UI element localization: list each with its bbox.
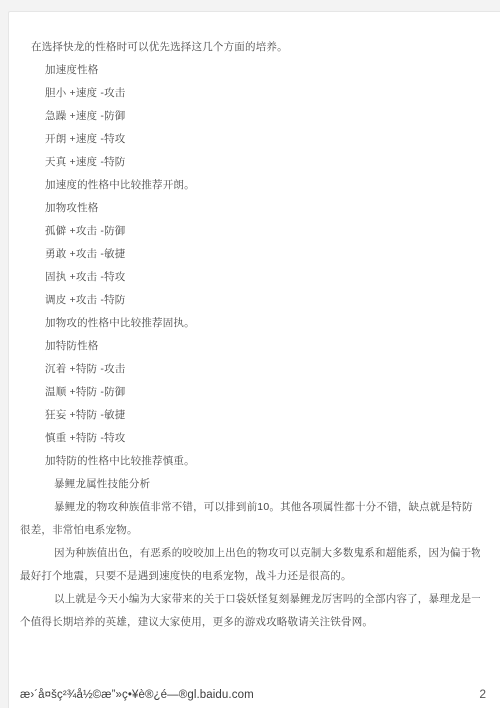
text-line: 暴鲤龙属性技能分析 — [20, 473, 480, 496]
text-line: 加物攻的性格中比较推荐固执。 — [20, 312, 480, 335]
document-page: 在选择快龙的性格时可以优先选择这几个方面的培养。加速度性格胆小 +速度 -攻击急… — [8, 11, 500, 708]
text-line: 加特防性格 — [20, 335, 480, 358]
text-line: 加物攻性格 — [20, 197, 480, 220]
text-line: 勇敢 +攻击 -敏捷 — [20, 243, 480, 266]
document-body: 在选择快龙的性格时可以优先选择这几个方面的培养。加速度性格胆小 +速度 -攻击急… — [20, 36, 480, 634]
text-line: 急躁 +速度 -防御 — [20, 105, 480, 128]
text-line: 因为种族值出色，有恶系的咬咬加上出色的物攻可以克制大多数鬼系和超能系，因为偏于物… — [20, 542, 480, 565]
text-line: 加速度的性格中比较推荐开朗。 — [20, 174, 480, 197]
text-line: 天真 +速度 -特防 — [20, 151, 480, 174]
text-line: 固执 +攻击 -特攻 — [20, 266, 480, 289]
footer-watermark: æ›´å¤šç²¾å½©æ”»ç•¥è®¿é—®gl.baidu.com — [20, 689, 254, 701]
text-line: 加特防的性格中比较推荐慎重。 — [20, 450, 480, 473]
text-line: 开朗 +速度 -特攻 — [20, 128, 480, 151]
text-line: 很差，非常怕电系宠物。 — [20, 519, 480, 542]
text-line: 最好打个地震，只要不是遇到速度快的电系宠物，战斗力还是很高的。 — [20, 565, 480, 588]
text-line: 暴鲤龙的物攻种族值非常不错，可以排到前10。其他各项属性都十分不错，缺点就是特防 — [20, 496, 480, 519]
page-footer: æ›´å¤šç²¾å½©æ”»ç•¥è®¿é—®gl.baidu.com 2 — [20, 687, 486, 701]
text-line: 孤僻 +攻击 -防御 — [20, 220, 480, 243]
text-line: 加速度性格 — [20, 59, 480, 82]
text-line: 温顺 +特防 -防御 — [20, 381, 480, 404]
text-line: 个值得长期培养的英雄，建议大家使用，更多的游戏攻略敬请关注铁骨网。 — [20, 611, 480, 634]
text-line: 狂妄 +特防 -敏捷 — [20, 404, 480, 427]
text-line: 在选择快龙的性格时可以优先选择这几个方面的培养。 — [20, 36, 480, 59]
text-line: 调皮 +攻击 -特防 — [20, 289, 480, 312]
text-line: 胆小 +速度 -攻击 — [20, 82, 480, 105]
page-number: 2 — [479, 687, 486, 701]
text-line: 以上就是今天小编为大家带来的关于口袋妖怪复刻暴鲤龙厉害吗的全部内容了，暴理龙是一 — [20, 588, 480, 611]
document-viewer: 在选择快龙的性格时可以优先选择这几个方面的培养。加速度性格胆小 +速度 -攻击急… — [0, 0, 500, 708]
text-line: 沉着 +特防 -攻击 — [20, 358, 480, 381]
text-line: 慎重 +特防 -特攻 — [20, 427, 480, 450]
